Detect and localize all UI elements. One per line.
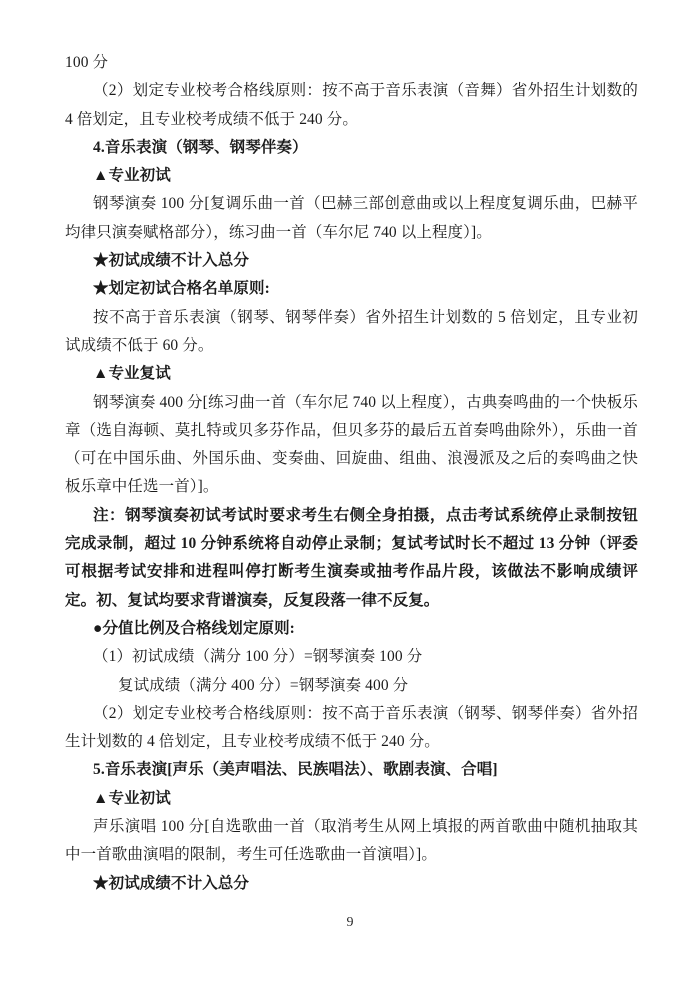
document-body: 100 分（2）划定专业校考合格线原则：按不高于音乐表演（音舞）省外招生计划数的… <box>65 49 638 898</box>
paragraph-heading: 4.音乐表演（钢琴、钢琴伴奏） <box>65 134 638 162</box>
paragraph-body-indent4: 复试成绩（满分 400 分）=钢琴演奏 400 分 <box>65 672 638 700</box>
paragraph-body: 按不高于音乐表演（钢琴、钢琴伴奏）省外招生计划数的 5 倍划定，且专业初试成绩不… <box>65 304 638 361</box>
paragraph-body: 钢琴演奏 400 分[练习曲一首（车尔尼 740 以上程度），古典奏鸣曲的一个快… <box>65 389 638 502</box>
page-footer: 9 <box>0 913 700 933</box>
paragraph-heading: ★初试成绩不计入总分 <box>65 247 638 275</box>
page-number: 9 <box>347 915 354 930</box>
paragraph-heading: ▲专业初试 <box>65 785 638 813</box>
paragraph-heading: ★划定初试合格名单原则: <box>65 275 638 303</box>
paragraph-heading: ★初试成绩不计入总分 <box>65 870 638 898</box>
paragraph-note: 注：钢琴演奏初试考试时要求考生右侧全身拍摄，点击考试系统停止录制按钮完成录制，超… <box>65 502 638 615</box>
paragraph-continuation: 100 分 <box>65 49 638 77</box>
paragraph-heading: ▲专业初试 <box>65 162 638 190</box>
paragraph-heading: ▲专业复试 <box>65 360 638 388</box>
paragraph-body: 钢琴演奏 100 分[复调乐曲一首（巴赫三部创意曲或以上程度复调乐曲，巴赫平均律… <box>65 190 638 247</box>
paragraph-body: （2）划定专业校考合格线原则：按不高于音乐表演（钢琴、钢琴伴奏）省外招生计划数的… <box>65 700 638 757</box>
paragraph-body: （1）初试成绩（满分 100 分）=钢琴演奏 100 分 <box>65 643 638 671</box>
paragraph-body: （2）划定专业校考合格线原则：按不高于音乐表演（音舞）省外招生计划数的 4 倍划… <box>65 77 638 134</box>
paragraph-heading: ●分值比例及合格线划定原则: <box>65 615 638 643</box>
paragraph-body: 声乐演唱 100 分[自选歌曲一首（取消考生从网上填报的两首歌曲中随机抽取其中一… <box>65 813 638 870</box>
paragraph-heading: 5.音乐表演[声乐（美声唱法、民族唱法）、歌剧表演、合唱] <box>65 756 638 784</box>
